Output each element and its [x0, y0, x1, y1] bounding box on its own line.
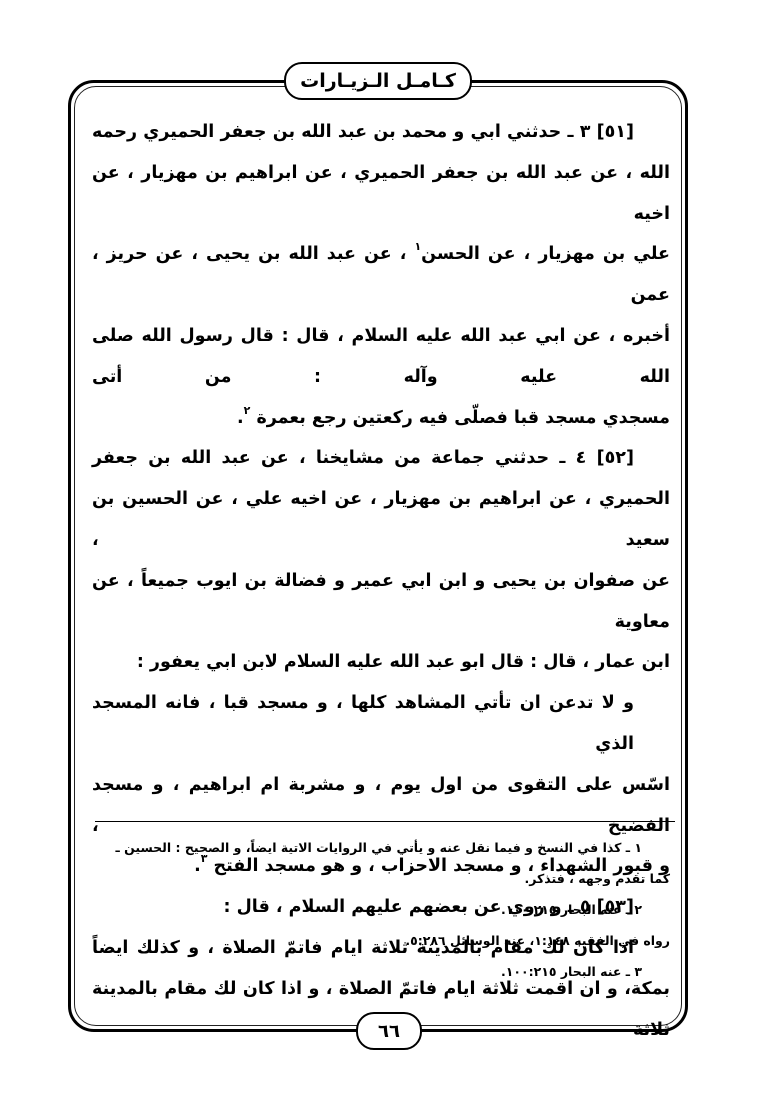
text-line: أخبره ، عن ابي عبد الله عليه السلام ، قا… [92, 316, 670, 398]
hadith-51: [٥١] ٣ ـ حدثني ابي و محمد بن عبد الله بن… [92, 112, 670, 438]
footnote-2: ٢ ـ عنه البحار ١٠٠:٢١٥. [92, 894, 670, 925]
text-line: مسجدي مسجد قبا فصلّى فيه ركعتين رجع بعمر… [92, 398, 670, 439]
text-line: [٥٢] ٤ ـ حدثني جماعة من مشايخنا ، عن عبد… [92, 438, 670, 479]
text-line: و لا تدعن ان تأتي المشاهد كلها ، و مسجد … [92, 683, 670, 765]
text-line: الحميري ، عن ابراهيم بن مهزيار ، عن اخيه… [92, 479, 670, 561]
text-line: الله ، عن عبد الله بن جعفر الحميري ، عن … [92, 153, 670, 235]
page-number-badge: ٦٦ [356, 1012, 422, 1050]
footnote-2-source: رواه في الفقيه ١:١٤٨، عنه الوسائل ٥:٢٨٦. [92, 925, 670, 956]
text-line: [٥١] ٣ ـ حدثني ابي و محمد بن عبد الله بن… [92, 112, 670, 153]
page-number: ٦٦ [378, 1021, 400, 1042]
hadith-52: [٥٢] ٤ ـ حدثني جماعة من مشايخنا ، عن عبد… [92, 438, 670, 683]
footnote-ref: ٢ [244, 404, 251, 417]
text-line: ابن عمار ، قال : قال ابو عبد الله عليه ا… [92, 642, 670, 683]
footnotes: ١ ـ كذا في النسخ و فيما نقل عنه و يأتي ف… [92, 832, 670, 987]
footnote-1-continued: كما تقدم وجهه ، فتذكر. [92, 863, 670, 894]
book-title: كـامـل الـزيـارات [300, 70, 456, 92]
footnote-separator [95, 821, 675, 822]
book-title-header: كـامـل الـزيـارات [284, 62, 472, 100]
text-line: عن صفوان بن يحيى و ابن ابي عمير و فضالة … [92, 561, 670, 643]
footnote-3: ٣ ـ عنه البحار ١٠٠:٢١٥. [92, 956, 670, 987]
text-line: علي بن مهزيار ، عن الحسن١ ، عن عبد الله … [92, 234, 670, 316]
footnote-1: ١ ـ كذا في النسخ و فيما نقل عنه و يأتي ف… [92, 832, 670, 863]
